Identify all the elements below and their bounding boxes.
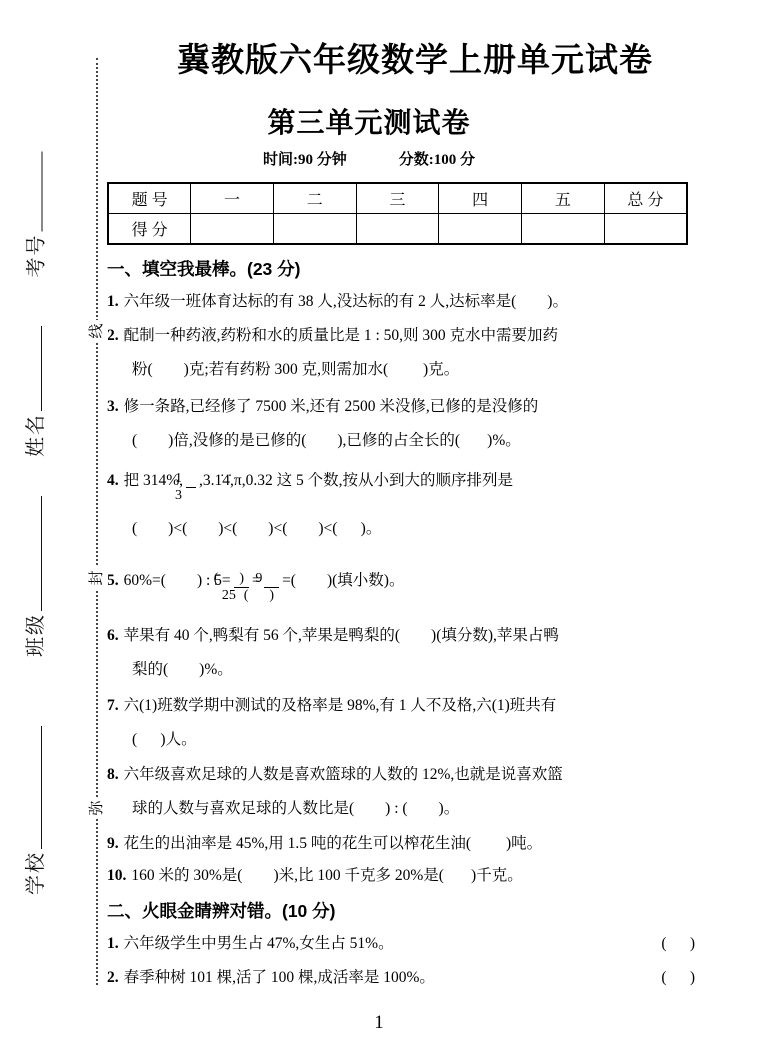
question-number: 2.: [107, 969, 119, 986]
question-number: 4.: [107, 472, 119, 489]
score-cell: [273, 214, 356, 245]
question-8: 8.六年级喜欢足球的人数是喜欢篮球的人数的 12%,也就是说喜欢篮 球的人数与喜…: [107, 758, 695, 826]
question-5: 5.60%=( ) : 5=( )25=9( )=( )(填小数)。: [107, 564, 695, 604]
question-7: 7.六(1)班数学期中测试的及格率是 98%,有 1 人不及格,六(1)班共有 …: [107, 689, 695, 757]
question-text: ,3.1̇4̇,π,0.32 这 5 个数,按从小到大的顺序排列是: [199, 472, 513, 489]
tf-question-1: 1.六年级学生中男生占 47%,女生占 51%。( ): [107, 927, 695, 961]
series-title: 冀教版六年级数学上册单元试卷: [121, 34, 709, 81]
score-table-header-cell: 总 分: [604, 183, 687, 214]
fraction-denominator: 3: [186, 488, 196, 504]
section-two-title: 二、火眼金睛辨对错。(10 分): [107, 900, 695, 922]
margin-field-kaohao: 考号: [24, 143, 50, 278]
question-number: 2.: [107, 327, 119, 344]
score-table: 题 号 一 二 三 四 五 总 分 得 分: [107, 182, 688, 245]
question-4-line2: ( )<( )<( )<( )<( )。: [107, 512, 695, 546]
question-text: 苹果有 40 个,鸭梨有 56 个,苹果是鸭梨的( )(填分数),苹果占鸭 梨的…: [124, 627, 559, 678]
exam-paper-page: 线 封 弥 考号 姓名 班级 学校 冀教版六年级数学上册单元试卷 第三单元测试卷…: [0, 0, 758, 1054]
question-text: 修一条路,已经修了 7500 米,还有 2500 米没修,已修的是没修的 ( )…: [124, 398, 539, 449]
score-cell: [191, 214, 274, 245]
fraction-numerator: ( ): [234, 571, 249, 588]
score-table-header-cell: 题 号: [108, 183, 191, 214]
question-number: 8.: [107, 766, 119, 783]
question-text: 春季种树 101 棵,活了 100 棵,成活率是 100%。: [124, 969, 435, 986]
question-number: 3.: [107, 398, 119, 415]
score-cell: [522, 214, 605, 245]
margin-field-banji: 班级: [23, 487, 49, 657]
answer-blank: ( ): [661, 927, 695, 961]
blank-line: [27, 496, 42, 611]
score-table-score-row: 得 分: [108, 214, 687, 245]
question-text: 六年级喜欢足球的人数是喜欢篮球的人数的 12%,也就是说喜欢篮 球的人数与喜欢足…: [124, 766, 563, 817]
question-number: 1.: [107, 935, 119, 952]
page-number: 1: [0, 1012, 758, 1034]
question-text: 花生的出油率是 45%,用 1.5 吨的花生可以榨花生油( )吨。: [124, 835, 543, 852]
fraction-denominator: ( ): [264, 588, 279, 604]
question-number: 1.: [107, 293, 119, 310]
question-10: 10.160 米的 30%是( )米,比 100 千克多 20%是( )千克。: [107, 860, 695, 892]
question-number: 5.: [107, 572, 119, 589]
score-table-header-row: 题 号 一 二 三 四 五 总 分: [108, 183, 687, 214]
exam-title: 第三单元测试卷: [75, 101, 663, 141]
fraction-numerator: 9: [264, 571, 279, 588]
time-label: 时间:90 分钟: [263, 148, 347, 169]
question-text: 配制一种药液,药粉和水的质量比是 1 : 50,则 300 克水中需要加药 粉(…: [124, 327, 558, 378]
question-text-wrap: 1.六年级学生中男生占 47%,女生占 51%。: [107, 927, 661, 961]
margin-field-label: 学校: [25, 851, 47, 895]
question-number: 7.: [107, 697, 119, 714]
blank-line: [27, 326, 42, 411]
margin-field-label: 班级: [25, 613, 47, 657]
exam-info-row: 时间:90 分钟分数:100 分: [75, 148, 663, 169]
seal-char-xian: 线: [86, 320, 108, 342]
answer-blank: ( ): [661, 961, 695, 995]
fraction-numerator: 1: [186, 471, 196, 488]
question-text: 160 米的 30%是( )米,比 100 千克多 20%是( )千克。: [131, 867, 522, 884]
question-number: 9.: [107, 835, 119, 852]
question-1: 1.六年级一班体育达标的有 38 人,没达标的有 2 人,达标率是( )。: [107, 285, 695, 319]
seal-dotted-line: [96, 58, 98, 985]
question-text: 六(1)班数学期中测试的及格率是 98%,有 1 人不及格,六(1)班共有 ( …: [124, 697, 557, 748]
score-cell: [604, 214, 687, 245]
question-text: =( )(填小数)。: [282, 572, 404, 589]
score-table-header-cell: 四: [439, 183, 522, 214]
blank-line: [27, 726, 42, 849]
question-text-wrap: 2.春季种树 101 棵,活了 100 棵,成活率是 100%。: [107, 961, 661, 995]
margin-field-label: 考号: [26, 234, 48, 278]
section-one-title: 一、填空我最棒。(23 分): [107, 258, 695, 280]
question-3: 3.修一条路,已经修了 7500 米,还有 2500 米没修,已修的是没修的 (…: [107, 390, 695, 458]
question-6: 6.苹果有 40 个,鸭梨有 56 个,苹果是鸭梨的( )(填分数),苹果占鸭 …: [107, 619, 695, 687]
score-label: 分数:100 分: [399, 148, 475, 169]
question-number: 6.: [107, 627, 119, 644]
margin-field-xuexiao: 学校: [23, 717, 49, 895]
seal-char-mi: 弥: [86, 797, 108, 819]
margin-field-label: 姓名: [25, 413, 47, 457]
score-table-header-cell: 三: [356, 183, 439, 214]
fraction: 9( ): [264, 571, 279, 604]
score-table-header-cell: 五: [522, 183, 605, 214]
tf-question-2: 2.春季种树 101 棵,活了 100 棵,成活率是 100%。( ): [107, 961, 695, 995]
score-row-label: 得 分: [108, 214, 191, 245]
margin-field-xingming: 姓名: [23, 317, 49, 457]
question-text: 六年级一班体育达标的有 38 人,没达标的有 2 人,达标率是( )。: [124, 293, 568, 310]
score-cell: [439, 214, 522, 245]
question-number: 10.: [107, 867, 126, 884]
question-9: 9.花生的出油率是 45%,用 1.5 吨的花生可以榨花生油( )吨。: [107, 827, 695, 860]
question-text: 六年级学生中男生占 47%,女生占 51%。: [124, 935, 394, 952]
seal-char-feng: 封: [86, 567, 108, 589]
score-table-header-cell: 二: [273, 183, 356, 214]
question-4: 4.把 314%,13,3.1̇4̇,π,0.32 这 5 个数,按从小到大的顺…: [107, 464, 695, 504]
question-2: 2.配制一种药液,药粉和水的质量比是 1 : 50,则 300 克水中需要加药 …: [107, 319, 695, 387]
main-content: 冀教版六年级数学上册单元试卷 第三单元测试卷 时间:90 分钟分数:100 分 …: [107, 0, 695, 995]
fraction: 13: [186, 471, 196, 504]
blank-line: [28, 152, 43, 232]
score-table-header-cell: 一: [191, 183, 274, 214]
score-cell: [356, 214, 439, 245]
